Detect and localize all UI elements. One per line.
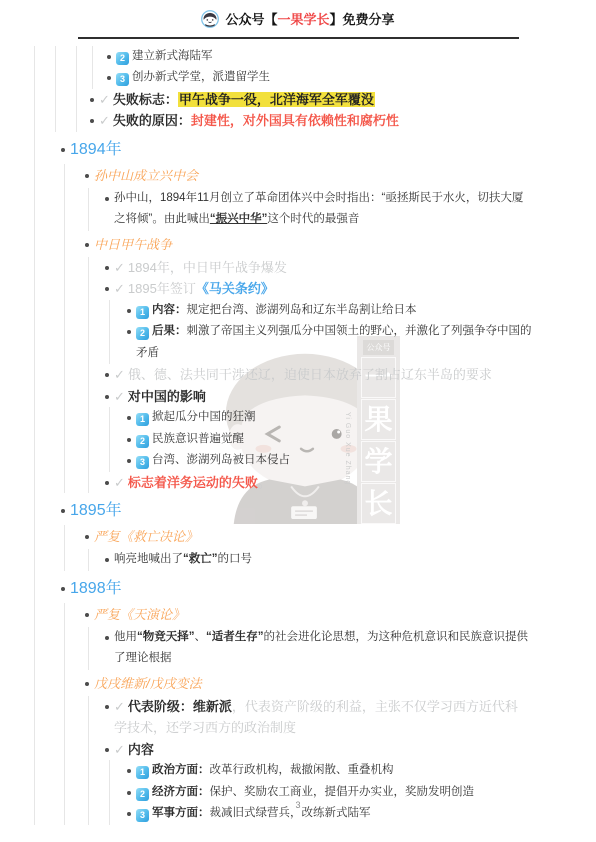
year-heading: 1895年 xyxy=(35,498,532,523)
topic-heading: 中日甲午战争 xyxy=(65,233,532,256)
outline-item: ✓失败标志：甲午战争一役，北洋海军全军覆没 xyxy=(77,89,529,111)
bullet-icon xyxy=(82,672,94,686)
check-icon: ✓ xyxy=(114,699,125,714)
item-text: 孙中山，1894年11月创立了革命团体兴中会时指出：“亟拯斯民于水火，切扶大厦之… xyxy=(114,188,532,231)
bullet-icon xyxy=(82,603,94,617)
text-segment: 对中国的影响 xyxy=(128,389,206,404)
item-text: 他用“物竞天择”、“适者生存”的社会进化论思想，为这种危机意识和民族意识提供了理… xyxy=(114,627,532,670)
bullet-icon xyxy=(87,110,99,123)
item-text: ✓内容 xyxy=(114,739,529,761)
item-text: 3台湾、澎湖列岛被日本侵占 xyxy=(136,450,532,472)
item-text: 3创办新式学堂，派遣留学生 xyxy=(116,67,532,89)
item-text: 孙中山成立兴中会 xyxy=(94,164,532,187)
text-segment: 改革行政机构，裁撤闲散、重叠机构 xyxy=(210,764,394,776)
outline-item: 2建立新式海陆军 xyxy=(93,46,532,68)
bullet-icon xyxy=(102,549,114,562)
outline-item: 响亮地喊出了“救亡”的口号 xyxy=(89,549,532,571)
text-segment: 严复《救亡决论》 xyxy=(94,529,198,544)
outline-item: ✓代表阶级：维新派，代表资产阶级的利益，主张不仅学习西方近代科学技术，还学习西方… xyxy=(89,696,529,739)
page-number: 3 xyxy=(0,800,596,810)
bullet-icon xyxy=(102,257,114,270)
item-text: ✓俄、德、法共同干涉还辽，迫使日本放弃了割占辽东半岛的要求 xyxy=(114,364,529,386)
text-segment: 失败标志： xyxy=(113,92,178,107)
topic-heading: 严复《天演论》 xyxy=(65,603,532,626)
item-text: 1政治方面：改革行政机构，裁撤闲散、重叠机构 xyxy=(136,760,532,782)
text-segment: 刺激了帝国主义列强瓜分中国领土的野心，并激化了列强争夺中国的矛盾 xyxy=(136,325,532,359)
brand: 公众号【一果学长】免费分享 xyxy=(201,9,394,28)
text-segment: 规定把台湾、澎湖列岛和辽东半岛割让给日本 xyxy=(187,304,417,316)
outline-item: 1内容：规定把台湾、澎湖列岛和辽东半岛割让给日本 xyxy=(110,300,532,322)
check-icon: ✓ xyxy=(114,389,125,404)
item-text: 中日甲午战争 xyxy=(94,233,532,256)
bullet-icon xyxy=(102,386,114,399)
text-segment: 内容： xyxy=(152,304,187,316)
outline-item: 1政治方面：改革行政机构，裁撤闲散、重叠机构 xyxy=(110,760,532,782)
item-text: ✓标志着洋务运动的失败。 xyxy=(114,472,529,494)
page-header: 公众号【一果学长】免费分享 xyxy=(0,0,596,39)
item-text: 2民族意识普遍觉醒 xyxy=(136,429,532,451)
item-text: 2后果：刺激了帝国主义列强瓜分中国领土的野心，并激化了列强争夺中国的矛盾 xyxy=(136,321,532,364)
number-badge-icon: 1 xyxy=(136,413,149,426)
text-segment: 1894年，中日甲午战争爆发 xyxy=(128,260,287,275)
text-segment: 俄、德、法共同干涉还辽，迫使日本放弃了割占辽东半岛的要求 xyxy=(128,367,492,382)
text-segment: 孙中山成立兴中会 xyxy=(94,168,198,183)
item-text: 严复《天演论》 xyxy=(94,603,532,626)
continuation-guide: 2建立新式海陆军3创办新式学堂，派遣留学生✓失败标志：甲午战争一役，北洋海军全军… xyxy=(76,46,532,132)
outline-item: ✓1895年签订《马关条约》 xyxy=(89,278,529,300)
check-icon: ✓ xyxy=(114,281,125,296)
outline-children: 响亮地喊出了“救亡”的口号 xyxy=(88,549,532,571)
text-segment: 响亮地喊出了 xyxy=(114,553,183,565)
outline-children: 严复《救亡决论》响亮地喊出了“救亡”的口号 xyxy=(64,525,532,571)
outline-children: ✓1894年，中日甲午战争爆发✓1895年签订《马关条约》1内容：规定把台湾、澎… xyxy=(88,257,532,494)
text-segment: 甲午战争一役，北洋海军全军覆没 xyxy=(178,92,375,107)
number-badge-icon: 2 xyxy=(136,435,149,448)
item-text: 响亮地喊出了“救亡”的口号 xyxy=(114,549,532,571)
text-segment: 保护、奖励农工商业，提倡开办实业，奖励发明创造 xyxy=(210,786,475,798)
text-segment: 的口号 xyxy=(218,553,253,565)
text-segment: “物竞天择” xyxy=(137,631,195,643)
outline-item: 2民族意识普遍觉醒 xyxy=(110,429,532,451)
brand-account-name: 一果学长 xyxy=(277,12,329,27)
text-segment: 、 xyxy=(195,631,207,643)
check-icon: ✓ xyxy=(114,475,125,490)
item-text: 2建立新式海陆军 xyxy=(116,46,532,68)
text-segment: 1895年 xyxy=(70,502,122,519)
bullet-icon xyxy=(58,498,70,513)
bullet-icon xyxy=(124,321,136,334)
text-segment: 失败的原因： xyxy=(113,113,191,128)
item-text: ✓失败的原因：封建性，对外国具有依赖性和腐朽性 xyxy=(99,110,529,132)
text-segment: 1898年 xyxy=(70,580,122,597)
bullet-icon xyxy=(87,89,99,102)
item-text: 1894年 xyxy=(70,137,532,162)
outline-root: 2建立新式海陆军3创办新式学堂，派遣留学生✓失败标志：甲午战争一役，北洋海军全军… xyxy=(34,46,532,825)
check-icon: ✓ xyxy=(114,260,125,275)
text-segment: 代表阶级：维新派 xyxy=(128,699,232,714)
item-text: 1898年 xyxy=(70,576,532,601)
number-badge-icon: 2 xyxy=(136,788,149,801)
outline-item: ✓对中国的影响 xyxy=(89,386,529,408)
bullet-icon xyxy=(102,188,114,201)
outline-item: ✓标志着洋务运动的失败。 xyxy=(89,472,529,494)
document-page: Yi Guo Xue Zhang 公众号 一果学长 公众号【一果学长】免费分享 … xyxy=(0,0,596,842)
bullet-icon xyxy=(124,450,136,463)
outline-children: 1内容：规定把台湾、澎湖列岛和辽东半岛割让给日本2后果：刺激了帝国主义列强瓜分中… xyxy=(109,300,532,365)
outline-children: 严复《天演论》他用“物竞天择”、“适者生存”的社会进化论思想，为这种危机意识和民… xyxy=(64,603,532,825)
brand-prefix: 公众号【 xyxy=(225,12,277,27)
outline-item: 2后果：刺激了帝国主义列强瓜分中国领土的野心，并激化了列强争夺中国的矛盾 xyxy=(110,321,532,364)
year-heading: 1898年 xyxy=(35,576,532,601)
continuation-guide: 2建立新式海陆军3创办新式学堂，派遣留学生✓失败标志：甲午战争一役，北洋海军全军… xyxy=(55,46,532,132)
bullet-icon xyxy=(58,137,70,152)
text-segment: 内容 xyxy=(128,742,154,757)
item-text: ✓对中国的影响 xyxy=(114,386,529,408)
number-badge-icon: 3 xyxy=(136,456,149,469)
number-badge-icon: 3 xyxy=(116,73,129,86)
text-segment: 1895年签订 xyxy=(128,281,196,296)
bullet-icon xyxy=(102,627,114,640)
text-segment: 创办新式学堂，派遣留学生 xyxy=(132,71,270,83)
bullet-icon xyxy=(102,696,114,709)
number-badge-icon: 2 xyxy=(136,327,149,340)
topic-heading: 严复《救亡决论》 xyxy=(65,525,532,548)
text-segment: 这个时代的最强音 xyxy=(267,213,359,225)
text-segment: 台湾、澎湖列岛被日本侵占 xyxy=(152,454,290,466)
check-icon: ✓ xyxy=(114,742,125,757)
item-text: ✓代表阶级：维新派，代表资产阶级的利益，主张不仅学习西方近代科学技术，还学习西方… xyxy=(114,696,529,739)
bullet-icon xyxy=(58,576,70,591)
text-segment: 建立新式海陆军 xyxy=(132,50,213,62)
outline-item: 1掀起瓜分中国的狂潮 xyxy=(110,407,532,429)
outline-item: ✓失败的原因：封建性，对外国具有依赖性和腐朽性 xyxy=(77,110,529,132)
item-text: 1内容：规定把台湾、澎湖列岛和辽东半岛割让给日本 xyxy=(136,300,532,322)
number-badge-icon: 1 xyxy=(136,766,149,779)
outline-children: 1掀起瓜分中国的狂潮2民族意识普遍觉醒3台湾、澎湖列岛被日本侵占 xyxy=(109,407,532,472)
outline-item: 3创办新式学堂，派遣留学生 xyxy=(93,67,532,89)
item-text: 戊戌维新/戊戌变法 xyxy=(94,672,532,695)
outline-item: ✓1894年，中日甲午战争爆发 xyxy=(89,257,529,279)
text-segment: 《马关条约》 xyxy=(196,281,274,296)
bullet-icon xyxy=(102,739,114,752)
text-segment: 民族意识普遍觉醒 xyxy=(152,433,244,445)
bullet-icon xyxy=(124,760,136,773)
outline-item: 孙中山，1894年11月创立了革命团体兴中会时指出：“亟拯斯民于水火，切扶大厦之… xyxy=(89,188,532,231)
item-text: 1895年 xyxy=(70,498,532,523)
topic-heading: 孙中山成立兴中会 xyxy=(65,164,532,187)
text-segment: “救亡” xyxy=(183,553,218,565)
check-icon: ✓ xyxy=(99,92,110,107)
bullet-icon xyxy=(104,67,116,80)
outline-children: 孙中山成立兴中会孙中山，1894年11月创立了革命团体兴中会时指出：“亟拯斯民于… xyxy=(64,164,532,494)
outline-children: 1政治方面：改革行政机构，裁撤闲散、重叠机构2经济方面：保护、奖励农工商业，提倡… xyxy=(109,760,532,825)
text-segment: “适者生存” xyxy=(206,631,264,643)
continuation-guide: 2建立新式海陆军3创办新式学堂，派遣留学生 xyxy=(92,46,532,89)
number-badge-icon: 1 xyxy=(136,306,149,319)
bullet-icon xyxy=(102,472,114,485)
number-badge-icon: 2 xyxy=(116,52,129,65)
number-badge-icon: 3 xyxy=(136,809,149,822)
text-segment: 掀起瓜分中国的狂潮 xyxy=(152,411,256,423)
bullet-icon xyxy=(82,233,94,247)
bullet-icon xyxy=(124,782,136,795)
item-text: 1掀起瓜分中国的狂潮 xyxy=(136,407,532,429)
text-segment: 戊戌维新/戊戌变法 xyxy=(94,676,202,691)
outline-item: 他用“物竞天择”、“适者生存”的社会进化论思想，为这种危机意识和民族意识提供了理… xyxy=(89,627,532,670)
item-text: 严复《救亡决论》 xyxy=(94,525,532,548)
brand-text: 公众号【一果学长】免费分享 xyxy=(225,9,394,28)
year-heading: 1894年 xyxy=(35,137,532,162)
bullet-icon xyxy=(124,429,136,442)
outline-item: ✓内容 xyxy=(89,739,529,761)
check-icon: ✓ xyxy=(99,113,110,128)
text-segment: 标志着洋务运动的失败 xyxy=(128,475,258,490)
text-segment: 严复《天演论》 xyxy=(94,607,185,622)
text-segment: 他用 xyxy=(114,631,137,643)
bullet-icon xyxy=(124,407,136,420)
item-text: ✓失败标志：甲午战争一役，北洋海军全军覆没 xyxy=(99,89,529,111)
text-segment: 政治方面： xyxy=(152,764,210,776)
bullet-icon xyxy=(102,364,114,377)
text-segment: 经济方面： xyxy=(152,786,210,798)
bullet-icon xyxy=(124,300,136,313)
outline-item: ✓俄、德、法共同干涉还辽，迫使日本放弃了割占辽东半岛的要求 xyxy=(89,364,529,386)
text-segment: 后果： xyxy=(152,325,187,337)
bullet-icon xyxy=(82,525,94,539)
brand-suffix: 】免费分享 xyxy=(330,12,395,27)
text-segment: 1894年 xyxy=(70,141,122,158)
text-segment: “振兴中华” xyxy=(210,213,268,225)
topic-heading: 戊戌维新/戊戌变法 xyxy=(65,672,532,695)
outline-children: 孙中山，1894年11月创立了革命团体兴中会时指出：“亟拯斯民于水火，切扶大厦之… xyxy=(88,188,532,231)
bullet-icon xyxy=(102,278,114,291)
bullet-icon xyxy=(104,46,116,59)
item-text: ✓1895年签订《马关条约》 xyxy=(114,278,529,300)
outline-children: 他用“物竞天择”、“适者生存”的社会进化论思想，为这种危机意识和民族意识提供了理… xyxy=(88,627,532,670)
header-divider xyxy=(78,37,519,39)
text-segment: 封建性，对外国具有依赖性和腐朽性 xyxy=(191,113,399,128)
text-segment: 。 xyxy=(258,475,271,490)
brand-logo-icon xyxy=(201,10,219,28)
item-text: ✓1894年，中日甲午战争爆发 xyxy=(114,257,529,279)
check-icon: ✓ xyxy=(114,367,125,382)
outline-item: 3台湾、澎湖列岛被日本侵占 xyxy=(110,450,532,472)
bullet-icon xyxy=(82,164,94,178)
text-segment: 中日甲午战争 xyxy=(94,237,172,252)
